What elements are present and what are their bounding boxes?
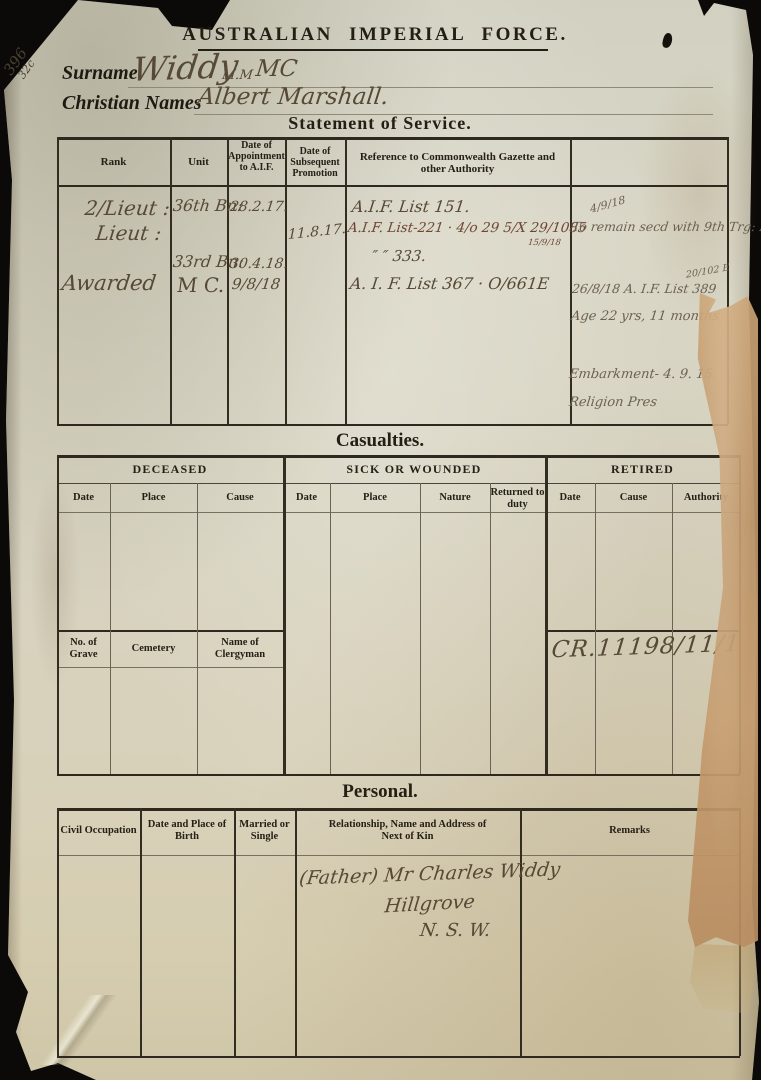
table-border (57, 483, 740, 484)
table-border (595, 483, 596, 774)
appointment-date: 9/8/18 (231, 275, 281, 293)
table-border (57, 667, 283, 668)
gazette-ref: ″ ″ 333. (371, 247, 427, 265)
service-col-appointment: Date of Appointment to A.I.F. (228, 140, 285, 174)
group-retired: RETIRED (545, 463, 740, 476)
table-border (170, 137, 172, 424)
casualties-heading: Casualties. (230, 430, 530, 452)
table-border (57, 137, 728, 140)
gazette-ref: A.I.F. List-221 · 4/o 29 5/X 29/1085 (347, 220, 587, 236)
service-col-gazette: Reference to Commonwealth Gazette and ot… (355, 151, 560, 176)
surname-label: Surname (62, 62, 138, 85)
christian-names-label: Christian Names (62, 92, 201, 115)
scanned-service-record: { "annotations": { "corner_number": "396… (0, 0, 761, 1080)
service-col-unit: Unit (170, 156, 227, 168)
table-border (57, 855, 740, 856)
deceased-col-cause: Cause (197, 492, 283, 504)
table-border (57, 808, 59, 1056)
table-border (57, 630, 283, 632)
sick-col-nature: Nature (420, 492, 490, 504)
table-border (420, 483, 421, 774)
table-border (234, 808, 236, 1056)
rank-entry: Lieut : (95, 221, 163, 245)
grave-col-cemetery: Cemetery (110, 643, 197, 655)
table-border (57, 424, 728, 426)
table-border (110, 483, 111, 774)
personal-col-kin: Relationship, Name and Address of Next o… (320, 819, 495, 843)
personal-heading: Personal. (230, 781, 530, 803)
unit-entry: M C. (176, 273, 227, 297)
table-border (57, 774, 740, 776)
table-border (227, 137, 229, 424)
table-border (57, 512, 740, 513)
table-border (140, 808, 142, 1056)
grave-col-number: No. of Grave (57, 637, 110, 661)
personal-col-married: Married or Single (236, 819, 293, 843)
sick-col-date: Date (283, 492, 330, 504)
sick-col-place: Place (330, 492, 420, 504)
sick-col-returned: Returned to duty (490, 487, 545, 511)
service-col-promotion: Date of Subsequent Promotion (286, 146, 344, 180)
table-border (285, 137, 287, 424)
table-border (330, 483, 331, 774)
table-border (57, 455, 740, 458)
margin-note: 26/8/18 A. I.F. List 389 (571, 281, 717, 296)
surname-postnominal-mm: M.M (221, 68, 254, 83)
margin-note: Religion Pres (568, 395, 658, 410)
personal-col-birth: Date and Place of Birth (142, 819, 232, 843)
table-border (295, 808, 297, 1056)
next-of-kin-line: N. S. W. (419, 920, 492, 941)
table-border (345, 137, 347, 424)
margin-note: To remain secd with 9th Trg: Bn : (571, 219, 761, 234)
retired-col-date: Date (545, 492, 595, 504)
service-col-rank: Rank (57, 156, 170, 168)
page-title: AUSTRALIAN IMPERIAL FORCE. (182, 24, 568, 46)
grave-col-clergyman: Name of Clergyman (197, 637, 283, 661)
table-border (57, 808, 740, 811)
title-underline (198, 49, 548, 51)
margin-note: Age 22 yrs, 11 months (570, 309, 720, 324)
table-border (57, 137, 59, 424)
appointment-date: 28.2.17. (229, 199, 289, 215)
appointment-date: 30.4.18. (229, 256, 289, 272)
deceased-col-place: Place (110, 492, 197, 504)
rank-entry: 2/Lieut : (84, 196, 172, 220)
table-border (197, 483, 198, 774)
retired-col-cause: Cause (595, 492, 672, 504)
personal-col-occupation: Civil Occupation (57, 825, 140, 837)
gazette-ref: A. I. F. List 367 · O/661E (349, 274, 550, 293)
surname-postnominal-mc: MC (254, 56, 298, 82)
gazette-ref: A.I.F. List 151. (351, 197, 471, 216)
table-border (57, 185, 728, 187)
group-deceased: DECEASED (57, 463, 283, 476)
group-sick-or-wounded: SICK OR WOUNDED (283, 463, 545, 476)
table-border (520, 808, 522, 1056)
margin-note: Embarkment- 4. 9. 15. (568, 367, 718, 382)
rank-entry: Awarded (61, 271, 158, 295)
deceased-col-date: Date (57, 492, 110, 504)
table-border (490, 483, 491, 774)
gazette-note: 15/9/18 (527, 238, 561, 248)
service-heading: Statement of Service. (230, 113, 530, 134)
table-border (672, 483, 673, 774)
table-border (57, 1056, 740, 1058)
christian-names-value: Albert Marshall. (196, 84, 390, 110)
paper-crease (10, 995, 140, 1065)
